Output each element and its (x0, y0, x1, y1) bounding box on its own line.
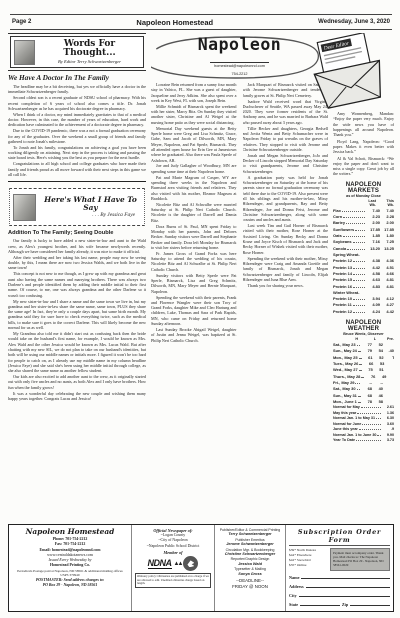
subscription-title: Subscription Order Form (289, 528, 390, 546)
community-news-section: Napoleon homestead@napoleonnd.com 754-22… (151, 33, 328, 523)
weather-table: Sat., May 23 77 52 Sun., May 24 79 54 (333, 342, 394, 405)
ndna-mountains-icon: ▲▲ (174, 561, 182, 567)
dot-leader (353, 299, 365, 300)
article-headline: Addition To The Family; Seeing Double (8, 230, 146, 236)
napoleon-section-logo: Napoleon homestead@napoleonnd.com 754-22… (151, 33, 328, 80)
dot-leader (356, 440, 381, 441)
column-byline: By Editor Terry Schwartzenberger (39, 59, 140, 64)
dot-leader (361, 377, 363, 378)
dot-leader (359, 364, 361, 365)
news-item: Pat and Marie Magrum of Casper, WY are s… (151, 175, 237, 202)
ndna-logo: NDNA (148, 559, 172, 570)
weather-observer: Bruce Wentz, Observer (333, 332, 394, 336)
form-row-state-zip: State Zip (289, 601, 390, 607)
dear-editor-graphic: Dear Editor (305, 33, 391, 109)
member-of-label: Member of (135, 550, 211, 555)
dot-leader (342, 211, 365, 212)
news-item: Spending the weekend with their mother, … (243, 256, 329, 283)
article-headline: We Have A Doctor In The Family (8, 73, 146, 82)
market-row: Protein 12 4.24 4.42 (333, 309, 394, 315)
news-item: Dora Burns of St. Paul, MN spent Friday … (151, 224, 237, 251)
markets-column-headers: Last Wk. This Wk. (333, 199, 394, 207)
column-title: Words For Thought... (39, 40, 140, 59)
words-for-thought-box: Words For Thought... By Editor Terry Sch… (10, 36, 144, 68)
markets-subtitle: as of Monday Close (333, 194, 394, 198)
form-row-name: Name (289, 574, 390, 580)
dot-leader (357, 389, 360, 390)
masthead-contact: Napoleon HomesteadPhone: 701-754-2212Fax… (9, 525, 131, 611)
dot-leader (353, 274, 365, 275)
subscription-rate: $35* Online (289, 563, 327, 568)
newspaper-page: Page 2 Napoleon Homestead Wednesday, Jun… (0, 0, 400, 618)
zip-input-line[interactable] (350, 601, 390, 606)
editor-photo (14, 40, 35, 65)
article-paragraph: Our kids are also excited to add another… (8, 374, 146, 390)
page-running-header: Page 2 Napoleon Homestead Wednesday, Jun… (10, 14, 392, 30)
page-number: Page 2 (12, 19, 31, 25)
section-divider (8, 181, 146, 182)
dot-leader (347, 249, 365, 250)
news-item: Memorial Day weekend guests at the Betty… (151, 126, 237, 163)
city-field-label: City (289, 593, 297, 598)
article-paragraph: My Grandma also told me it didn't start … (8, 331, 146, 374)
zip-field-label: Zip (342, 602, 348, 607)
reader-letter: Amy Wonnenberg, Mandan: “Enjoy the paper… (333, 111, 394, 138)
address-input-line[interactable] (306, 583, 390, 588)
article-paragraph: My new sister-in-law and I share a name … (8, 299, 146, 331)
dot-leader (358, 396, 360, 397)
address-field-label: Address (289, 584, 304, 589)
dot-leader (355, 383, 360, 384)
article-paragraph: To Jonah and his family, congratulations… (8, 145, 146, 161)
dot-leader (353, 287, 365, 288)
masthead-box: Napoleon HomesteadPhone: 701-754-2212Fax… (8, 524, 394, 612)
right-column: Dear Editor Amy Wonnenberg, Mandan: “Enj… (333, 33, 394, 523)
news-item: Thank you for sharing your news. (243, 283, 329, 288)
news-item: A graduation party was held for Jonah Sc… (243, 175, 329, 223)
dot-leader (357, 413, 381, 414)
news-column-1: Lorraine Bein returned from a sunny four… (151, 82, 237, 523)
article-paragraph: When I think of a doctor, my mind immedi… (8, 112, 146, 128)
dot-leader (357, 345, 360, 346)
form-row-city: City (289, 592, 390, 598)
staff-list: Publisher/Editor & Commercial Printing T… (218, 528, 282, 576)
news-item: Joe and Judy Gallagher of Woodbury, MN a… (151, 163, 237, 174)
dot-leader (353, 268, 365, 269)
staff-entry: Reporter/Graphic Design Jessica Wald (218, 557, 282, 566)
napoleon-logo-text: Napoleon (151, 37, 328, 54)
article-body: Our family is lucky to have added a new … (8, 238, 146, 401)
news-item: Spending the weekend with their parents,… (151, 295, 237, 327)
official-newspaper-list: ~Logan County~City of Napoleon~Napoleon … (135, 533, 211, 549)
dot-leader (346, 223, 365, 224)
news-item: Fr. James Gross of Grand Forks was here … (151, 251, 237, 272)
heres-what-box: Here's What I Have To Say . . . By Jessi… (9, 188, 145, 226)
issue-date: Wednesday, June 3, 2020 (318, 19, 390, 25)
article-paragraph: After their wedding and her taking his l… (8, 255, 146, 271)
news-item: Nicolette Bitz and Al Schwalbe were marr… (151, 202, 237, 223)
dot-leader (377, 435, 381, 436)
column-byline: . . . By Jessica Faye (40, 212, 141, 218)
columnist-photo (13, 194, 36, 221)
dot-leader (361, 407, 381, 408)
dot-leader (353, 242, 365, 243)
news-item: Sunday visitors with Betty Sperle were P… (151, 273, 237, 294)
dot-leader (343, 217, 365, 218)
dot-leader (353, 280, 365, 281)
weather-column-headers: H L Pre. (333, 337, 394, 341)
eagle-logo (183, 556, 198, 571)
subscription-rates: $39* North Dakota$44* Elsewhere$42* Snow… (289, 548, 327, 571)
dot-leader (359, 429, 381, 430)
news-item: Tillie Becker and daughters, Georgia Bed… (243, 126, 329, 153)
napoleon-email: homestead@napoleonnd.com (210, 62, 269, 68)
subscription-form: Subscription Order Form $39* North Dakot… (285, 525, 393, 611)
staff-entry: Publisher Emeritus Jerome Schwartzenberg… (218, 538, 282, 547)
dot-leader (355, 230, 365, 231)
masthead-official: Official Newspaper of: ~Logan County~Cit… (131, 525, 214, 611)
dot-leader (353, 312, 365, 313)
payment-note: Payment must accompany order. Thank you.… (330, 548, 390, 571)
article-paragraph: This concept is not new to me though, as… (8, 271, 146, 298)
news-item: Last Sunday Brooke Abigail Weigel, daugh… (151, 327, 237, 343)
weather-summary-row: Year To Date 3.73 (333, 438, 394, 444)
markets-box: NAPOLEON MARKETS as of Monday Close Last… (333, 182, 394, 315)
article-paragraph: Due to the COVID-19 pandemic, there was … (8, 128, 146, 144)
masthead-staff: Publisher/Editor & Commercial Printing T… (214, 525, 285, 611)
weather-summary: Normal for May 2.61 May this year 1.36 N (333, 405, 394, 444)
markets-title: NAPOLEON MARKETS (333, 182, 394, 194)
news-column-2: Jack Marquart of Bismarck visited on Sat… (243, 82, 329, 523)
page-content: Words For Thought... By Editor Terry Sch… (8, 33, 394, 523)
name-input-line[interactable] (301, 574, 390, 579)
dot-leader (358, 351, 360, 352)
news-item: Millie Schmidt of Bismarck spent the wee… (151, 104, 237, 125)
dot-leader (359, 358, 361, 359)
article-paragraph: It was a wonderful day celebrating the n… (8, 391, 146, 402)
deadline-label: --DEADLINE-- FRIDAY @ NOON (218, 578, 282, 589)
left-column: Words For Thought... By Editor Terry Sch… (8, 33, 146, 523)
state-input-line[interactable] (300, 601, 340, 606)
weather-title: NAPOLEON WEATHER (333, 320, 394, 332)
article-paragraph: Congratulations to all high school and c… (8, 161, 146, 177)
article-paragraph: Our family is lucky to have added a new … (8, 238, 146, 254)
masthead-contact-line: Napoleon Homestead (12, 528, 128, 536)
markets-table: Flax 7.40 7.40 Corn 2.23 2.28 (333, 208, 394, 315)
dear-editor-envelope-icon: Dear Editor (305, 33, 391, 109)
staff-entry: Circulation Mgr. & Bookkeeping Christine… (218, 548, 282, 557)
reader-letter: Al & Val Schott, Bismarck: “We enjoy the… (333, 156, 394, 177)
dot-leader (353, 305, 365, 306)
dot-leader (376, 418, 381, 419)
letters-to-editor: Amy Wonnenberg, Mandan: “Enjoy the paper… (333, 111, 394, 177)
article-paragraph: The headline may be a bit deceiving, but… (8, 84, 146, 95)
dot-leader (362, 424, 381, 425)
dot-leader (343, 236, 365, 237)
dot-leader (353, 261, 365, 262)
masthead-contact-line: PO Box 29 - Napoleon, ND 58561 (12, 583, 128, 588)
state-field-label: State (289, 602, 298, 607)
form-row-address: Address (289, 583, 390, 589)
news-item: Last week Tim and Gail Horner of Bismarc… (243, 223, 329, 255)
dot-leader (359, 370, 361, 371)
weather-box: NAPOLEON WEATHER Bruce Wentz, Observer H… (333, 320, 394, 444)
column-title: Here's What I Have To Say (40, 196, 141, 212)
napoleon-phone: 754-2212 (151, 72, 328, 76)
official-newspaper-item: ~Napoleon Public School District (135, 544, 211, 549)
obituary-policy: Obituary policy: Obituaries are publishe… (135, 573, 211, 588)
news-item: Jonah and Megan Schwartzenberger, JoJo a… (243, 153, 329, 174)
reader-letter: Floyd Lang, Napoleon: “Good paper. Makes… (333, 139, 394, 155)
article-body: The headline may be a bit deceiving, but… (8, 84, 146, 177)
dot-leader (358, 402, 360, 403)
news-item: Lorraine Bein returned from a sunny four… (151, 82, 237, 103)
article-paragraph: Second oldest son is a recent graduate o… (8, 95, 146, 111)
name-field-label: Name (289, 575, 299, 580)
staff-entry: Typesetter & Mailing Sonya Gross (218, 567, 282, 576)
city-input-line[interactable] (299, 592, 390, 597)
staff-entry: Publisher/Editor & Commercial Printing T… (218, 528, 282, 537)
newspaper-name: Napoleon Homestead (136, 18, 213, 27)
